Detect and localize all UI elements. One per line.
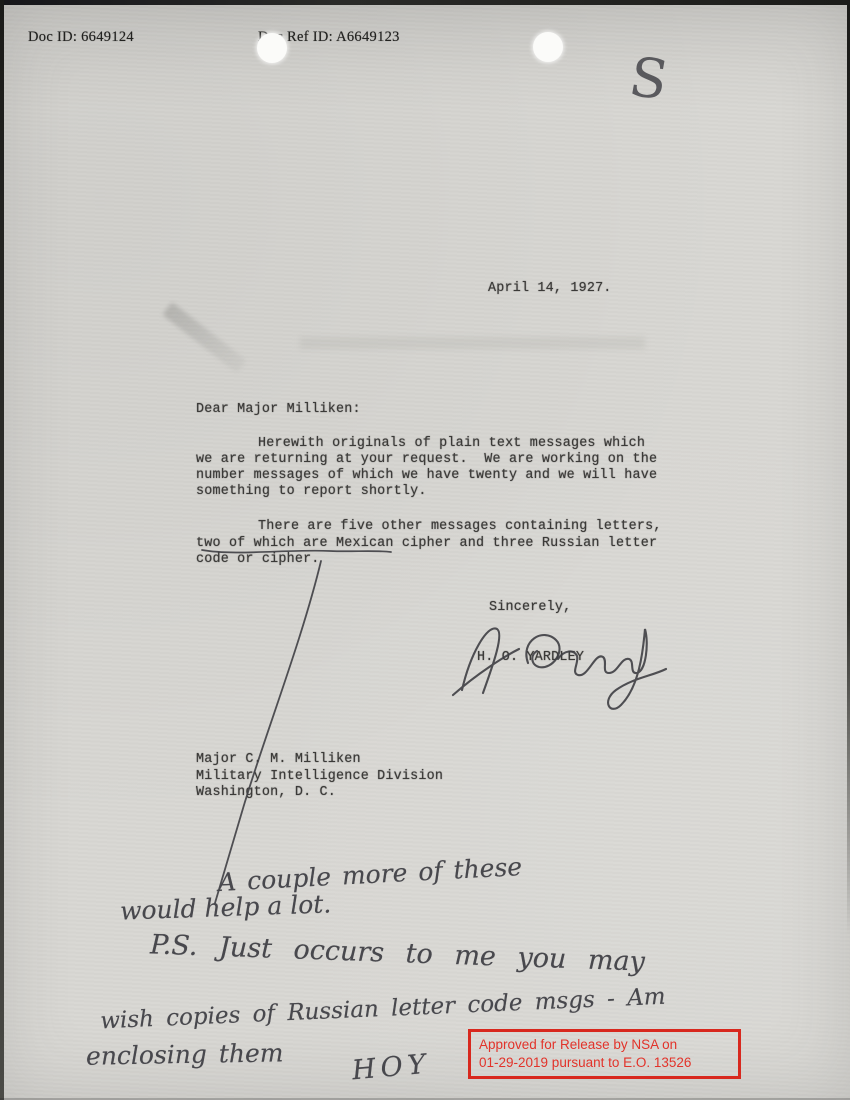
handwritten-note-line: A couple more of these bbox=[217, 852, 522, 897]
letter-closing: Sincerely, bbox=[489, 600, 571, 615]
recipient-line: Major C. M. Milliken bbox=[196, 752, 443, 769]
handwritten-note-line: P.S. Just occurs to me you may bbox=[150, 929, 646, 977]
signature-scrawl bbox=[453, 628, 666, 708]
paragraph-line: something to report shortly. bbox=[196, 484, 657, 500]
paragraph-line: we are returning at your request. We are… bbox=[196, 452, 657, 468]
letter-salutation: Dear Major Milliken: bbox=[196, 402, 361, 417]
handwritten-note-line: wish copies of Russian letter code msgs … bbox=[100, 984, 666, 1035]
hole-punch bbox=[257, 33, 287, 63]
paragraph-line: There are five other messages containing… bbox=[196, 519, 662, 536]
handwritten-note-line: would help a lot. bbox=[120, 889, 332, 925]
handwritten-initials: HOY bbox=[351, 1049, 432, 1087]
pen-diagonal-line bbox=[215, 561, 321, 903]
letter-paragraph-1: Herewith originals of plain text message… bbox=[196, 436, 657, 500]
paragraph-line: number messages of which we have twenty … bbox=[196, 468, 657, 484]
recipient-line: Washington, D. C. bbox=[196, 785, 443, 802]
hole-punch bbox=[533, 32, 563, 62]
scan-edge-left bbox=[0, 0, 4, 1100]
stamp-line: 01-29-2019 pursuant to E.O. 13526 bbox=[479, 1054, 732, 1072]
recipient-address-block: Major C. M. Milliken Military Intelligen… bbox=[196, 752, 443, 802]
recipient-line: Military Intelligence Division bbox=[196, 769, 443, 786]
faded-erasure-band bbox=[300, 337, 645, 349]
paragraph-line: code or cipher. bbox=[196, 552, 662, 569]
doc-id-label: Doc ID: 6649124 bbox=[28, 29, 134, 46]
scanned-letter-page: Doc ID: 6649124 Doc Ref ID: A6649123 S A… bbox=[0, 0, 850, 1100]
typed-signature: H. O. YARDLEY bbox=[477, 650, 584, 665]
handwritten-note-line: enclosing them bbox=[86, 1038, 284, 1070]
letter-date: April 14, 1927. bbox=[488, 281, 612, 296]
scan-edge-top bbox=[0, 0, 850, 5]
pencil-smudge bbox=[162, 302, 247, 373]
paragraph-line: two of which are Mexican cipher and thre… bbox=[196, 536, 662, 553]
letter-paragraph-2: There are five other messages containing… bbox=[196, 519, 662, 569]
handwritten-classification-letter: S bbox=[625, 50, 671, 107]
release-approval-stamp: Approved for Release by NSA on 01-29-201… bbox=[468, 1029, 741, 1079]
stamp-line: Approved for Release by NSA on bbox=[479, 1036, 732, 1054]
paragraph-line: Herewith originals of plain text message… bbox=[196, 436, 657, 452]
